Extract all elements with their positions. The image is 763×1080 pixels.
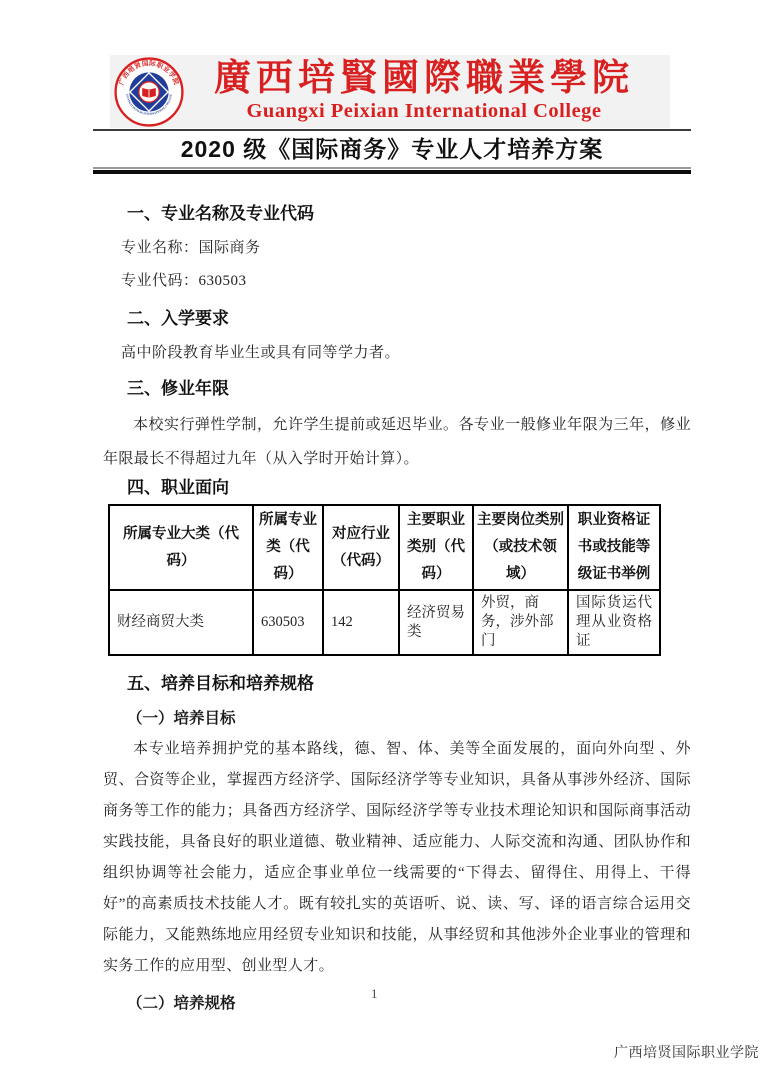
table-header-post-class: 主要岗位类别（或技术领域）: [473, 505, 568, 590]
table-header-industry: 对应行业（代码）: [323, 505, 399, 590]
section-2-body: 高中阶段教育毕业生或具有同等学力者。: [103, 343, 691, 363]
document-body: 一、专业名称及专业代码 专业名称：国际商务 专业代码：630503 二、入学要求…: [103, 175, 691, 1014]
title-bar: 2020 级《国际商务》专业人才培养方案: [93, 129, 691, 174]
document-page: 广西培贤国际职业学院 GUANGXI PEIXIAN INTERNATIONAL…: [0, 0, 763, 1080]
training-objective-paragraph: 本专业培养拥护党的基本路线，德、智、体、美等全面发展的，面向外向型 、外贸、合资…: [103, 734, 691, 982]
table-header-occupation-class: 主要职业类别（代码）: [399, 505, 473, 590]
college-name-block: 廣西培賢國際職業學院 Guangxi Peixian International…: [184, 60, 670, 122]
major-code-line: 专业代码：630503: [103, 271, 691, 291]
open-book-icon: [142, 87, 156, 97]
document-title: 2020 级《国际商务》专业人才培养方案: [93, 131, 691, 167]
cell-industry: 142: [323, 590, 399, 655]
table-header-major-class: 所属专业类（代码）: [253, 505, 323, 590]
subsection-2-heading: （二）培养规格: [103, 994, 691, 1014]
title-rule-black: [93, 170, 691, 174]
cell-post-class: 外贸，商务，涉外部门: [473, 590, 568, 655]
table-header-major-category: 所属专业大类（代码）: [109, 505, 253, 590]
section-4-heading: 四、职业面向: [103, 477, 691, 499]
header-banner: 广西培贤国际职业学院 GUANGXI PEIXIAN INTERNATIONAL…: [110, 55, 670, 128]
section-5-heading: 五、培养目标和培养规格: [103, 673, 691, 695]
subsection-1-heading: （一）培养目标: [103, 709, 691, 729]
table-header-certificates: 职业资格证书或技能等级证书举例: [568, 505, 660, 590]
cell-major-category: 财经商贸大类: [109, 590, 253, 655]
college-logo: 广西培贤国际职业学院 GUANGXI PEIXIAN INTERNATIONAL…: [114, 57, 184, 127]
footer-college-name: 广西培贤国际职业学院: [614, 1042, 759, 1062]
cell-certificates: 国际货运代理从业资格证: [568, 590, 660, 655]
career-orientation-table: 所属专业大类（代码） 所属专业类（代码） 对应行业（代码） 主要职业类别（代码）…: [108, 504, 661, 656]
section-3-body: 本校实行弹性学制，允许学生提前或延迟毕业。各专业一般修业年限为三年，修业年限最长…: [103, 408, 691, 476]
page-number: 1: [371, 986, 378, 1002]
section-2-heading: 二、入学要求: [103, 308, 691, 330]
cell-major-class: 630503: [253, 590, 323, 655]
college-name-zh: 廣西培賢國際職業學院: [184, 60, 664, 99]
major-name-line: 专业名称：国际商务: [103, 238, 691, 258]
college-name-en: Guangxi Peixian International College: [184, 101, 664, 123]
table-data-row: 财经商贸大类 630503 142 经济贸易类 外贸，商务，涉外部门 国际货运代…: [109, 590, 660, 655]
college-logo-icon: 广西培贤国际职业学院 GUANGXI PEIXIAN INTERNATIONAL…: [114, 57, 184, 127]
table-header-row: 所属专业大类（代码） 所属专业类（代码） 对应行业（代码） 主要职业类别（代码）…: [109, 505, 660, 590]
cell-occupation-class: 经济贸易类: [399, 590, 473, 655]
section-3-heading: 三、修业年限: [103, 378, 691, 400]
section-1-heading: 一、专业名称及专业代码: [103, 203, 691, 225]
